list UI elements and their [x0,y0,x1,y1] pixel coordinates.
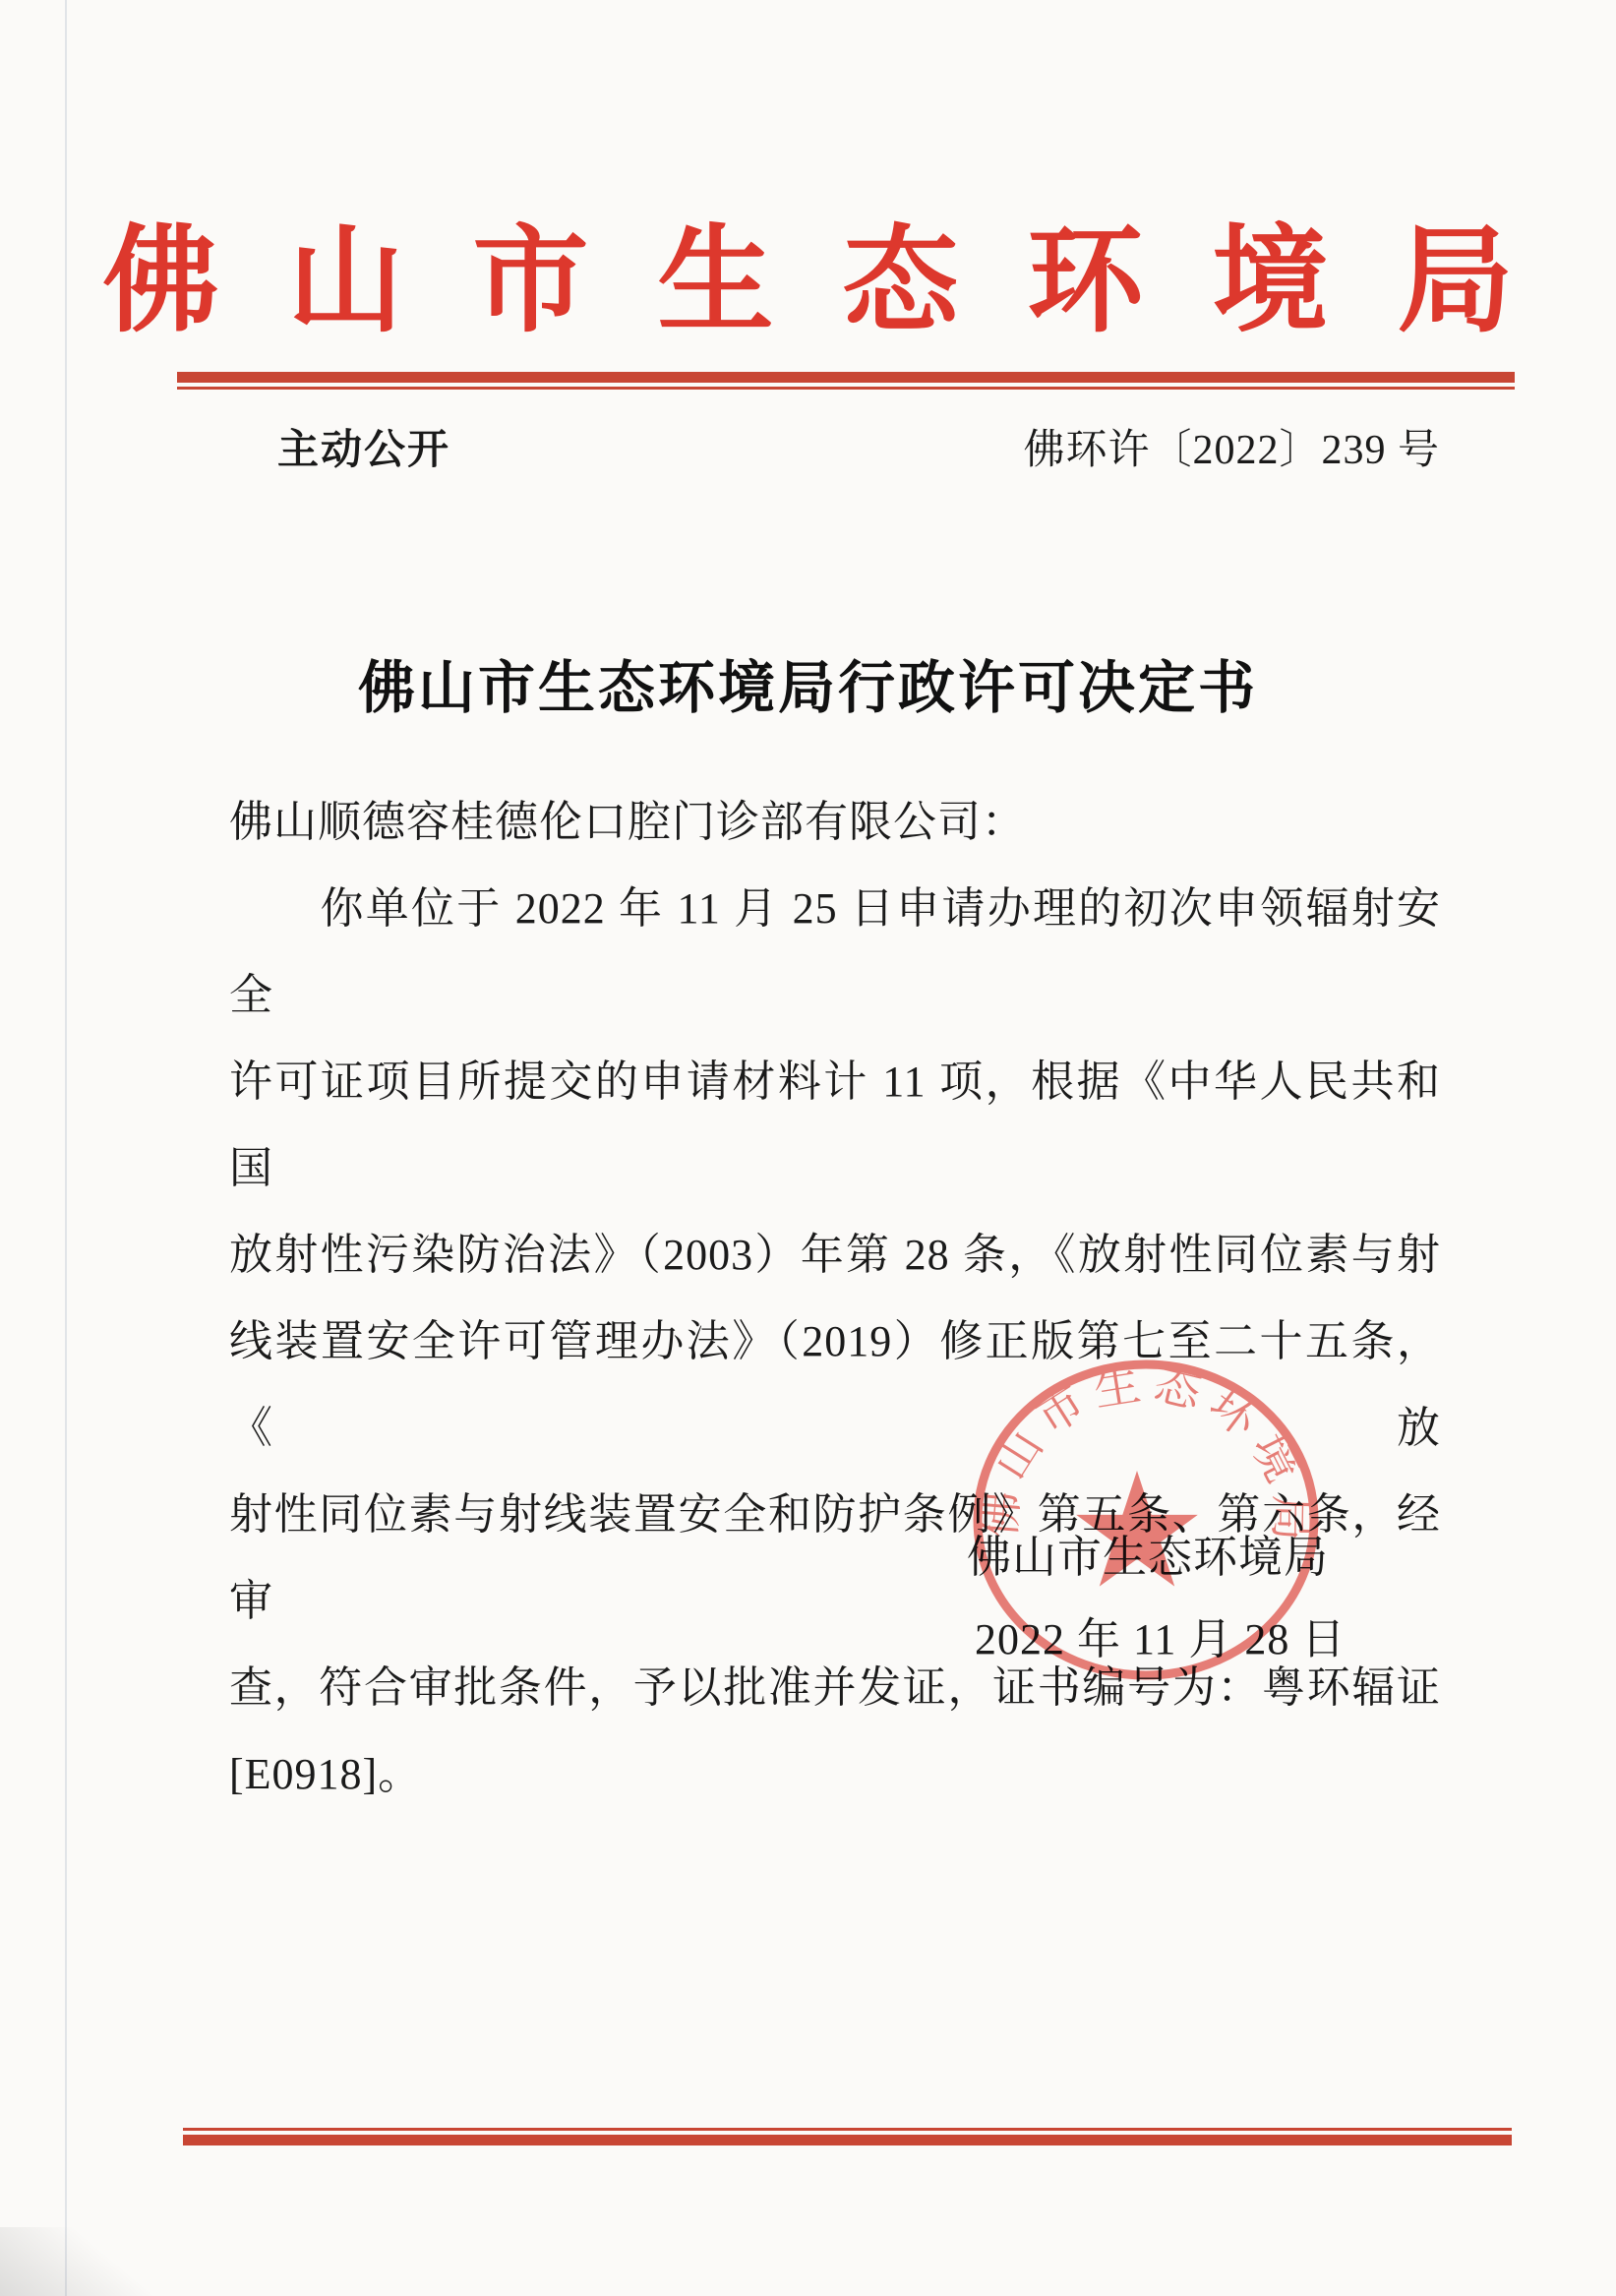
document-page: 佛山市生态环境局 主动公开 佛环许〔2022〕239 号 佛山市生态环境局行政许… [0,0,1616,2296]
disclosure-label: 主动公开 [277,417,450,476]
footer-divider-thin-line [183,2128,1512,2131]
page-curl-smudge [0,2227,157,2296]
body-line-cert-code: [E0918]。 [229,1731,1441,1818]
document-title: 佛山市生态环境局行政许可决定书 [0,641,1616,724]
agency-header-title: 佛山市生态环境局 [0,209,1616,356]
body-line-recipient: 佛山顺德容桂德伦口腔门诊部有限公司： [229,779,1441,866]
body-line: 许可证项目所提交的申请材料计 11 项，根据《中华人民共和国 [229,1039,1441,1212]
body-line: 你单位于 2022 年 11 月 25 日申请办理的初次申领辐射安全 [229,866,1441,1039]
signature-date: 2022 年 11 月 28 日 [975,1603,1346,1666]
header-divider-thick-line [177,372,1515,383]
footer-divider [183,2128,1512,2145]
body-line: 放射性污染防治法》（2003）年第 28 条，《放射性同位素与射 [229,1212,1441,1299]
header-divider [177,372,1515,390]
body-line: 线装置安全许可管理办法》（2019）修正版第七至二十五条，《放 [229,1299,1441,1472]
signature-agency: 佛山市生态环境局 [967,1521,1329,1585]
footer-divider-thick-line [183,2135,1512,2145]
header-divider-thin-line [177,387,1515,390]
meta-row: 主动公开 佛环许〔2022〕239 号 [277,417,1440,476]
document-number: 佛环许〔2022〕239 号 [1023,417,1440,476]
